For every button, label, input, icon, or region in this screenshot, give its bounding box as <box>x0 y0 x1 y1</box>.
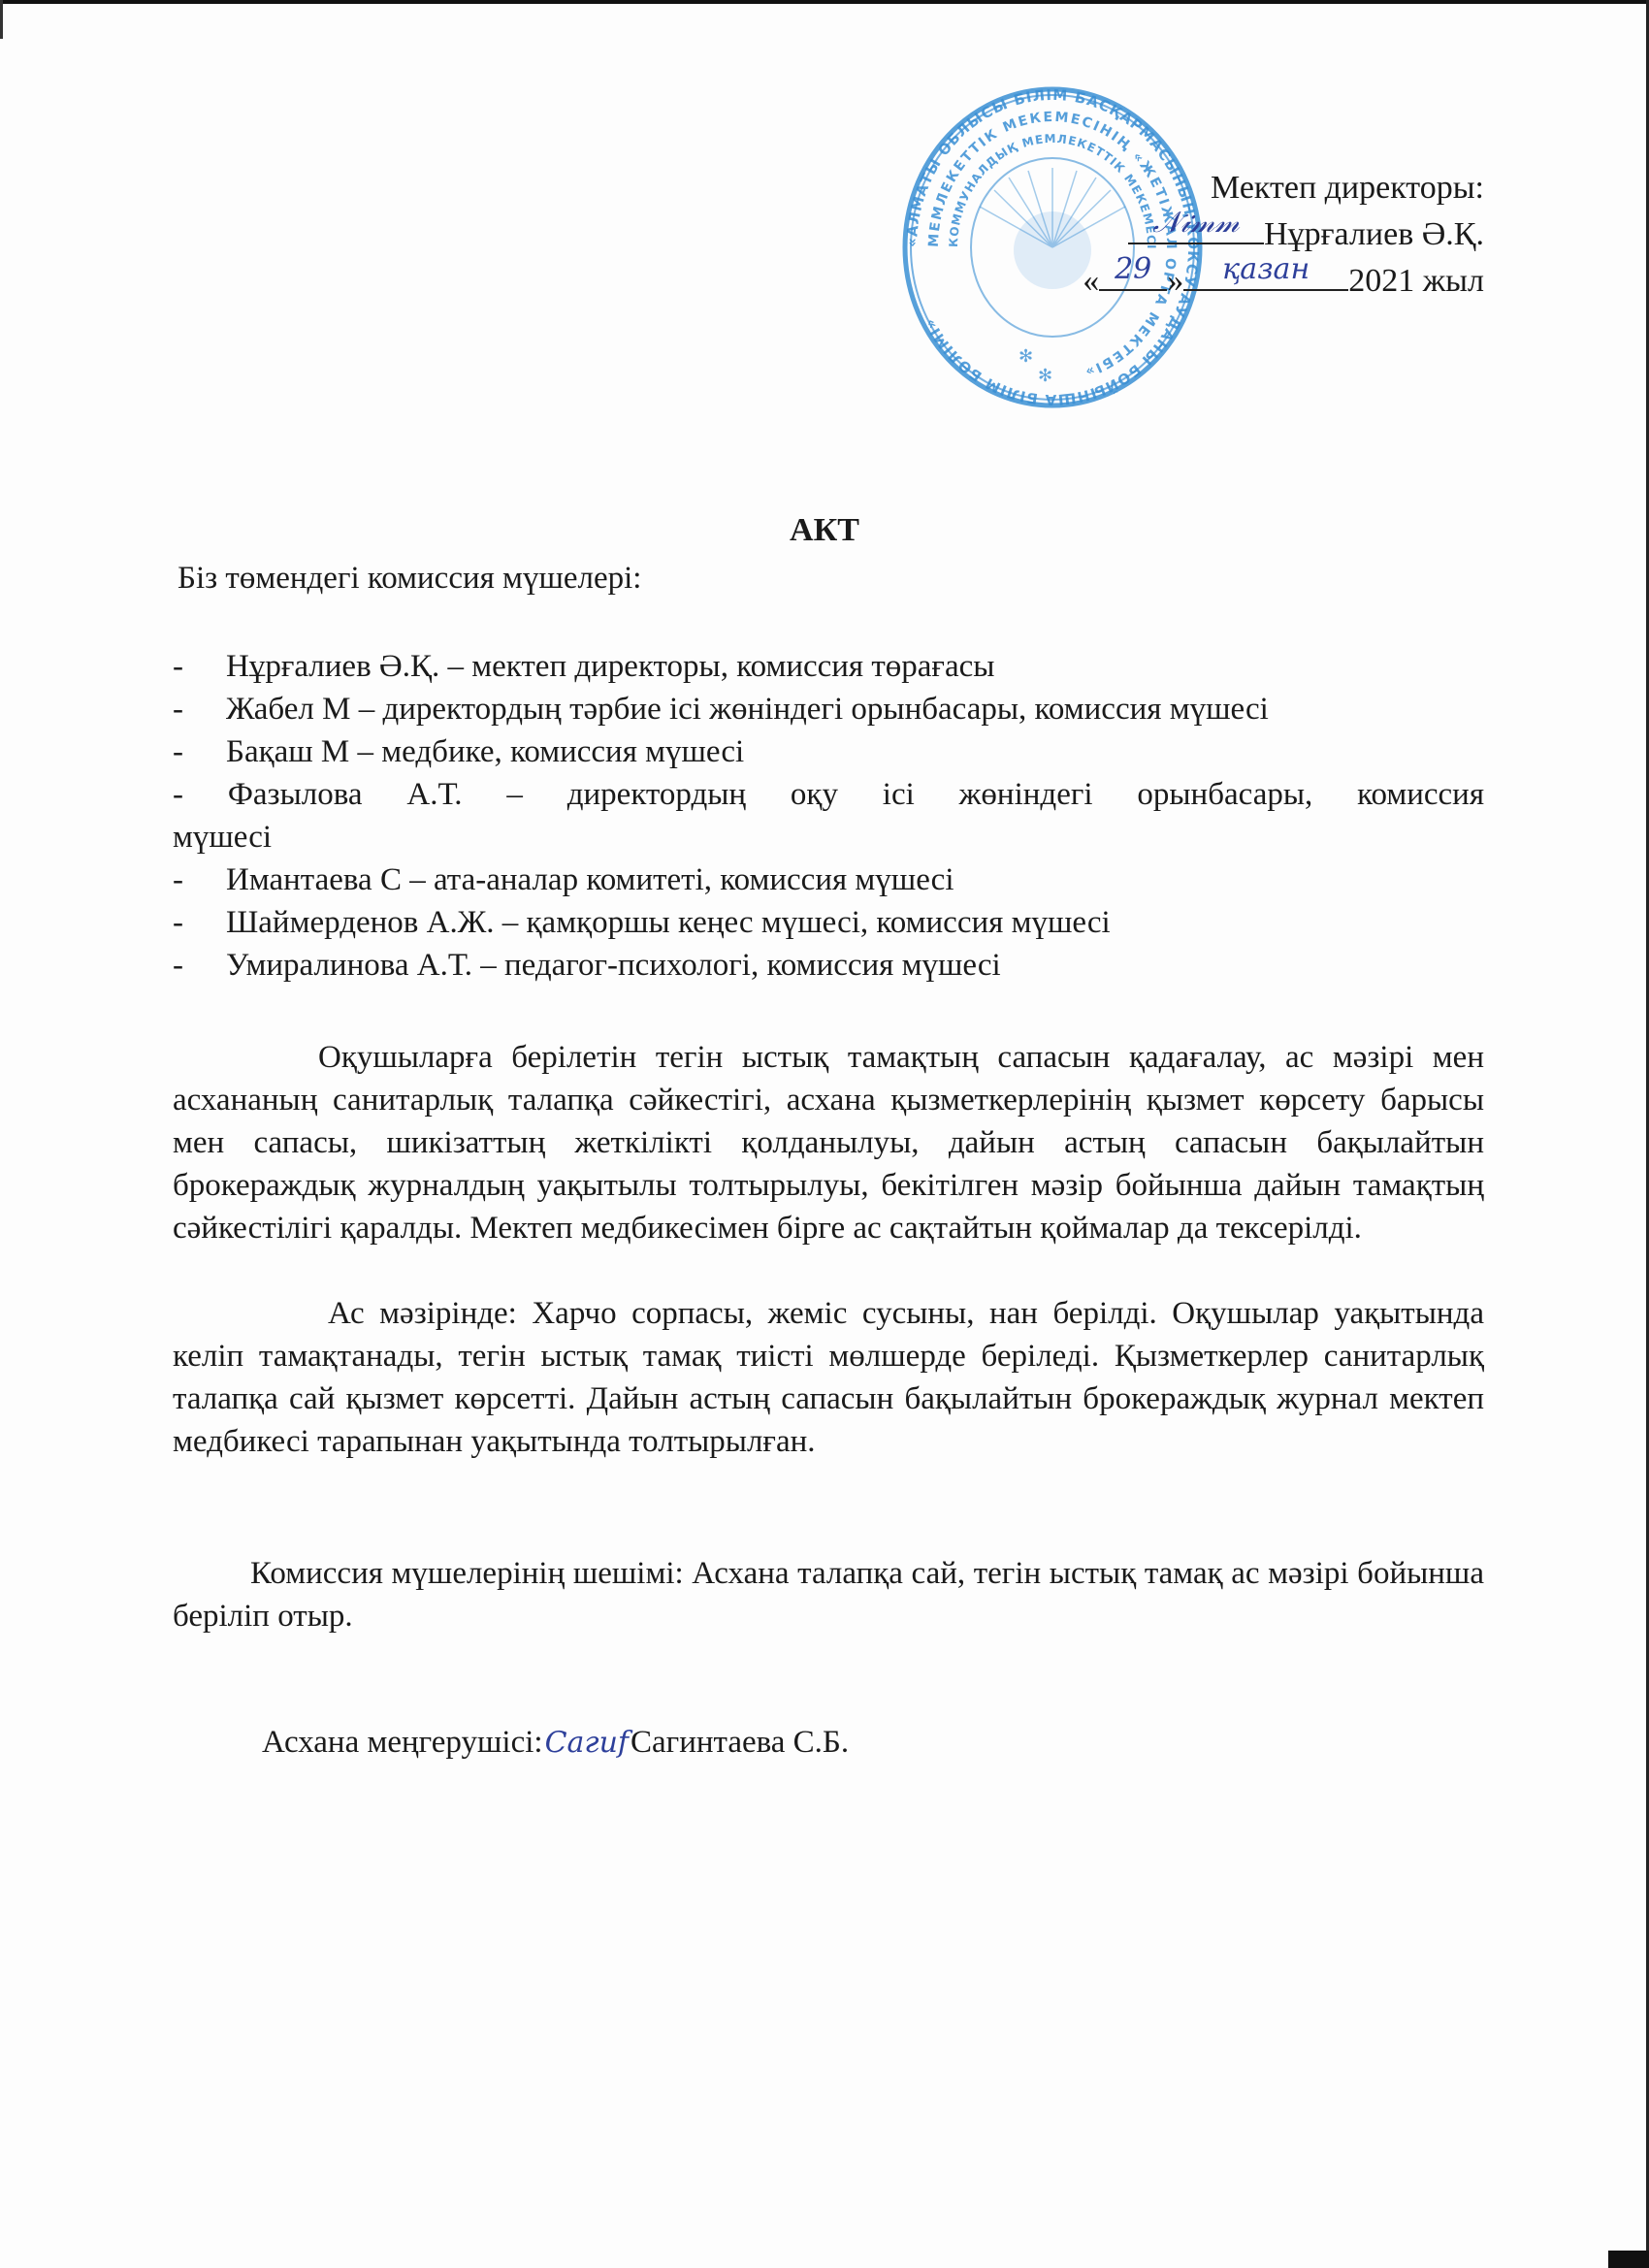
member-item: - Шаймерденов А.Ж. – қамқоршы кеңес мүше… <box>173 901 1484 944</box>
member-item: - Фазылова А.Т. – директордың оқу ісі жө… <box>173 773 1484 816</box>
scan-border-left <box>0 0 3 39</box>
signoff-name: Сагинтаева С.Б. <box>630 1725 849 1760</box>
paragraph-inspection-scope: Оқушыларға берілетін тегін ыстық тамақты… <box>173 1036 1484 1249</box>
svg-text:✻: ✻ <box>1038 366 1052 385</box>
date-year: 2021 жыл <box>1348 263 1484 299</box>
scan-corner-mark <box>1608 2251 1649 2268</box>
date-month: қазан <box>1183 246 1348 293</box>
member-item: - Нұрғалиев Ә.Қ. – мектеп директоры, ком… <box>173 645 1484 688</box>
canteen-manager-signoff: Асхана меңгерушісі:СагиfСагинтаева С.Б. <box>262 1725 849 1761</box>
member-item: - Бақаш М – медбике, комиссия мүшесі <box>173 730 1484 773</box>
commission-members-list: - Нұрғалиев Ә.Қ. – мектеп директоры, ком… <box>173 645 1484 987</box>
approval-date-line: «29»қазан2021 жыл <box>1083 258 1484 305</box>
scan-border-top <box>0 0 1649 4</box>
date-day-blank: 29 <box>1099 260 1167 291</box>
canteen-manager-signature: Сагиf <box>545 1726 629 1760</box>
member-item: - Умиралинова А.Т. – педагог-психологі, … <box>173 944 1484 987</box>
member-item-continuation: мүшесі <box>173 816 1484 859</box>
director-signature-blank: 𝒩𝒾𝓂𝓂 <box>1128 213 1264 244</box>
paragraph-menu-findings: Ас мәзірінде: Харчо сорпасы, жеміс сусын… <box>173 1292 1484 1463</box>
approval-block: Мектеп директоры: 𝒩𝒾𝓂𝓂 Нұрғалиев Ә.Қ. «2… <box>1083 165 1484 305</box>
member-item: - Имантаева С – ата-аналар комитеті, ком… <box>173 859 1484 901</box>
intro-line: Біз төмендегі комиссия мүшелері: <box>178 561 641 597</box>
document-title: АКТ <box>0 512 1649 549</box>
member-item: - Жабел М – директордың тәрбие ісі жөнін… <box>173 688 1484 730</box>
signoff-role: Асхана меңгерушісі: <box>262 1725 543 1760</box>
director-signature: 𝒩𝒾𝓂𝓂 <box>1128 200 1264 246</box>
date-day: 29 <box>1099 246 1167 293</box>
date-month-blank: қазан <box>1183 260 1348 291</box>
svg-text:✻: ✻ <box>1018 346 1033 366</box>
paragraph-commission-decision: Комиссия мүшелерінің шешімі: Асхана тала… <box>173 1552 1484 1637</box>
